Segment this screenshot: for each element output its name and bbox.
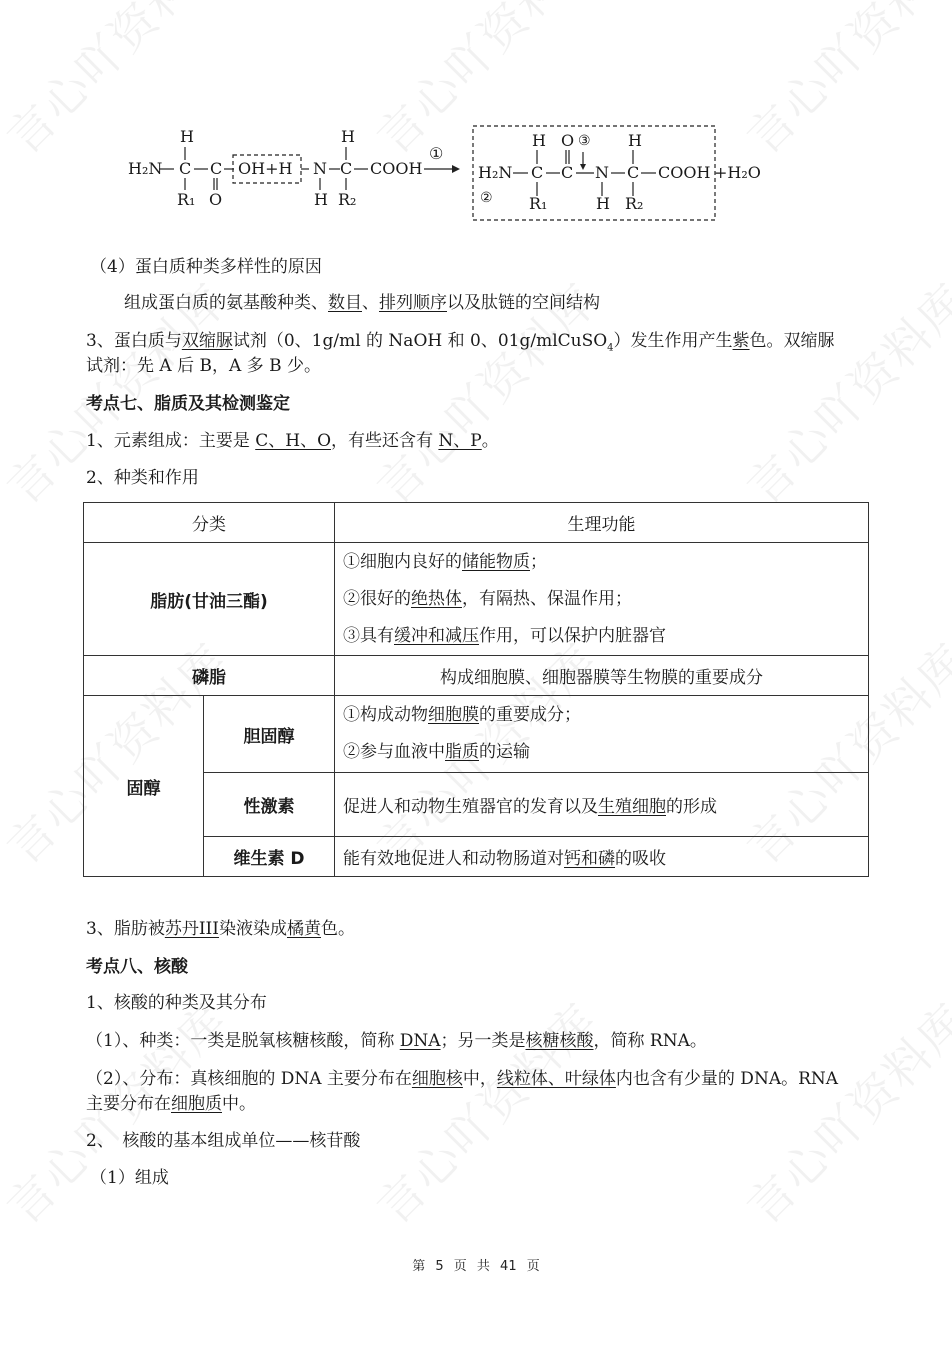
composition-title: （1）组成 — [90, 1167, 169, 1189]
sterol-label: 固醇 — [84, 696, 204, 877]
cholesterol-functions: ①构成动物细胞膜的重要成分； ②参与血液中脂质的运输 — [335, 696, 869, 773]
sex-hormone-function: 促进人和动物生殖器官的发育以及生殖细胞的形成 — [335, 773, 869, 837]
fat-function-item: ②很好的绝热体，有隔热、保温作用； — [343, 581, 868, 618]
nucleic-acid-kinds: （1）、种类：一类是脱氧核糖核酸，简称 DNA；另一类是核糖核酸，简称 RNA。 — [86, 1030, 707, 1052]
lipid-types-title: 2、种类和作用 — [86, 467, 199, 489]
table-header-row: 分类 生理功能 — [84, 503, 869, 543]
alpha-h-label: H — [341, 127, 355, 146]
fat-function-item: ①细胞内良好的储能物质； — [343, 544, 868, 581]
r2-label: R₂ — [338, 190, 356, 209]
section-heading-lipids: 考点七、脂质及其检测鉴定 — [86, 393, 290, 415]
biuret-test-line2: 试剂：先 A 后 B，A 多 B 少。 — [86, 355, 321, 377]
product-r1-label: R₁ — [529, 194, 547, 213]
table-row-cholesterol: 固醇 胆固醇 ①构成动物细胞膜的重要成分； ②参与血液中脂质的运输 — [84, 696, 869, 773]
lipid-function-table: 分类 生理功能 脂肪(甘油三酯) ①细胞内良好的储能物质； ②很好的绝热体，有隔… — [83, 502, 869, 877]
product-amino-label: H₂N — [478, 163, 512, 182]
phospholipid-label: 磷脂 — [84, 656, 335, 696]
alpha-h-label: H — [180, 127, 194, 146]
dehydration-condensation-diagram: H₂N H C R₁ C O OH+H N H H C R₂ COOH ① H₂… — [126, 124, 766, 224]
product-carboxyl: COOH — [658, 163, 710, 182]
carboxyl-label: COOH — [370, 159, 422, 178]
product-h2-label: H — [628, 131, 642, 150]
peptide-bond-label: ③ — [578, 133, 591, 149]
carbonyl-c-label: C — [210, 159, 222, 178]
water-byproduct: +H₂O — [714, 163, 761, 182]
product-h-label: H — [532, 131, 546, 150]
header-category: 分类 — [84, 503, 335, 543]
product-carbonyl-o: O — [561, 131, 574, 150]
protein-diversity-title: （4）蛋白质种类多样性的原因 — [90, 256, 322, 278]
amine-h-label: H — [314, 190, 328, 209]
fat-functions: ①细胞内良好的储能物质； ②很好的绝热体，有隔热、保温作用； ③具有缓冲和减压作… — [335, 543, 869, 656]
protein-diversity-body: 组成蛋白质的氨基酸种类、数目、排列顺序以及肽链的空间结构 — [124, 292, 600, 314]
table-row-fat: 脂肪(甘油三酯) ①细胞内良好的储能物质； ②很好的绝热体，有隔热、保温作用； … — [84, 543, 869, 656]
product-r2-label: R₂ — [625, 194, 643, 213]
lipid-elements: 1、元素组成：主要是 C、H、O，有些还含有 N、P。 — [86, 430, 499, 452]
product-n-h: H — [596, 194, 610, 213]
vitamin-d-function: 能有效地促进人和动物肠道对钙和磷的吸收 — [335, 837, 869, 877]
fat-label: 脂肪(甘油三酯) — [84, 543, 335, 656]
fat-function-item: ③具有缓冲和减压作用，可以保护内脏器官 — [343, 618, 868, 655]
vitamin-d-label: 维生素 D — [204, 837, 335, 877]
nucleic-acid-types-title: 1、核酸的种类及其分布 — [86, 992, 267, 1014]
amino-group-label: H₂N — [128, 159, 162, 178]
amine-n-label: N — [313, 159, 327, 178]
arrow-step-label: ① — [429, 144, 443, 163]
dipeptide-label: ② — [480, 190, 493, 206]
page-number-footer: 第 5 页 共 41 页 — [0, 1255, 952, 1274]
sex-hormone-label: 性激素 — [204, 773, 335, 837]
r1-label: R₁ — [177, 190, 195, 209]
sudan-stain-line: 3、脂肪被苏丹III染液染成橘黄色。 — [86, 918, 355, 940]
carbonyl-o-label: O — [209, 190, 222, 209]
nucleic-acid-distribution-line1: （2）、分布：真核细胞的 DNA 主要分布在细胞核中，线粒体、叶绿体内也含有少量… — [86, 1068, 838, 1090]
cholesterol-label: 胆固醇 — [204, 696, 335, 773]
removed-water-group: OH+H — [238, 159, 292, 178]
phospholipid-function: 构成细胞膜、细胞器膜等生物膜的重要成分 — [335, 656, 869, 696]
section-heading-nucleic-acid: 考点八、核酸 — [86, 956, 188, 978]
table-row-phospholipid: 磷脂 构成细胞膜、细胞器膜等生物膜的重要成分 — [84, 656, 869, 696]
nucleotide-title: 2、 核酸的基本组成单位——核苷酸 — [86, 1130, 360, 1152]
header-function: 生理功能 — [335, 503, 869, 543]
document-page: H₂N H C R₁ C O OH+H N H H C R₂ COOH ① H₂… — [0, 0, 952, 1347]
nucleic-acid-distribution-line2: 主要分布在细胞质中。 — [86, 1093, 256, 1115]
